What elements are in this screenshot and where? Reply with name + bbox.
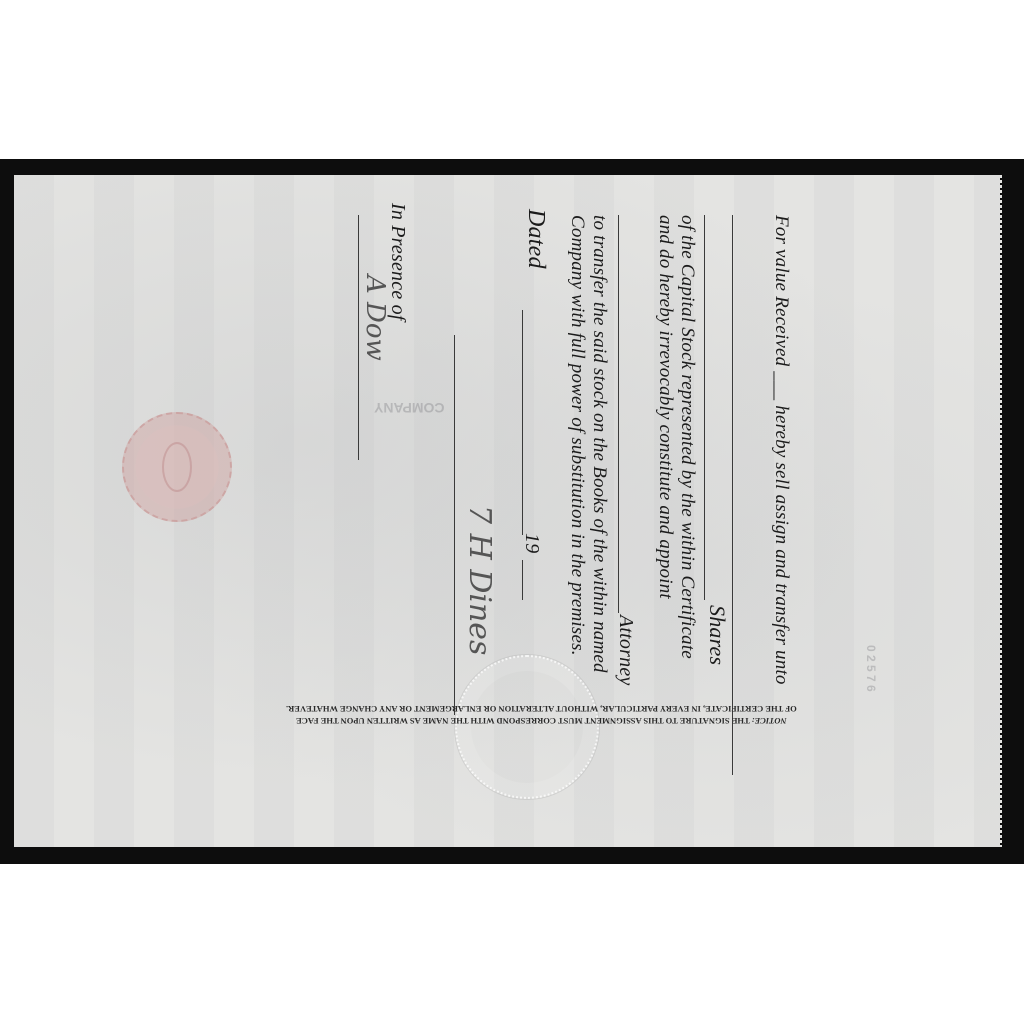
embossed-seal: [455, 655, 599, 799]
year-prefix: 19: [520, 533, 543, 553]
show-through-company: COMPANY: [374, 400, 445, 416]
year-rule: [522, 560, 523, 600]
notice-line-1: NOTICE: THE SIGNATURE TO THIS ASSIGNMENT…: [286, 715, 797, 727]
red-corporate-seal: [122, 412, 232, 522]
witness-signature: A Dow: [360, 275, 390, 361]
seal-emblem-icon: [162, 442, 192, 492]
notice-label: NOTICE:: [752, 716, 787, 726]
show-through-number: 0 2 5 7 6: [864, 645, 878, 692]
assignment-line-3: of the Capital Stock represented by the …: [676, 215, 698, 659]
owner-signature: 7 H Dines: [462, 505, 497, 655]
assignment-line-1: For value Received ___ hereby sell assig…: [770, 215, 792, 685]
date-rule: [522, 310, 523, 535]
attorney-rule: [618, 215, 619, 613]
attorney-label: Attorney: [614, 615, 637, 685]
assignment-line-6: to transfer the said stock on the Books …: [588, 215, 610, 673]
dated-label: Dated: [522, 209, 549, 269]
witness-rule: [358, 215, 359, 460]
notice-line-1-text: THE SIGNATURE TO THIS ASSIGNMENT MUST CO…: [296, 716, 750, 726]
notice-line-2: OF THE CERTIFICATE, IN EVERY PARTICULAR,…: [286, 703, 797, 715]
shares-label: Shares: [704, 605, 730, 665]
notice-text: NOTICE: THE SIGNATURE TO THIS ASSIGNMENT…: [286, 703, 797, 727]
assignee-rule: [732, 215, 733, 775]
assignment-line-4: and do hereby irrevocably constitute and…: [654, 215, 676, 599]
shares-rule: [704, 215, 705, 600]
certificate-paper: COMPANY 0 2 5 7 6 For value Received ___…: [14, 175, 1002, 847]
assignment-line-7: Company with full power of substitution …: [566, 215, 588, 656]
owner-signature-rule: [454, 335, 455, 715]
